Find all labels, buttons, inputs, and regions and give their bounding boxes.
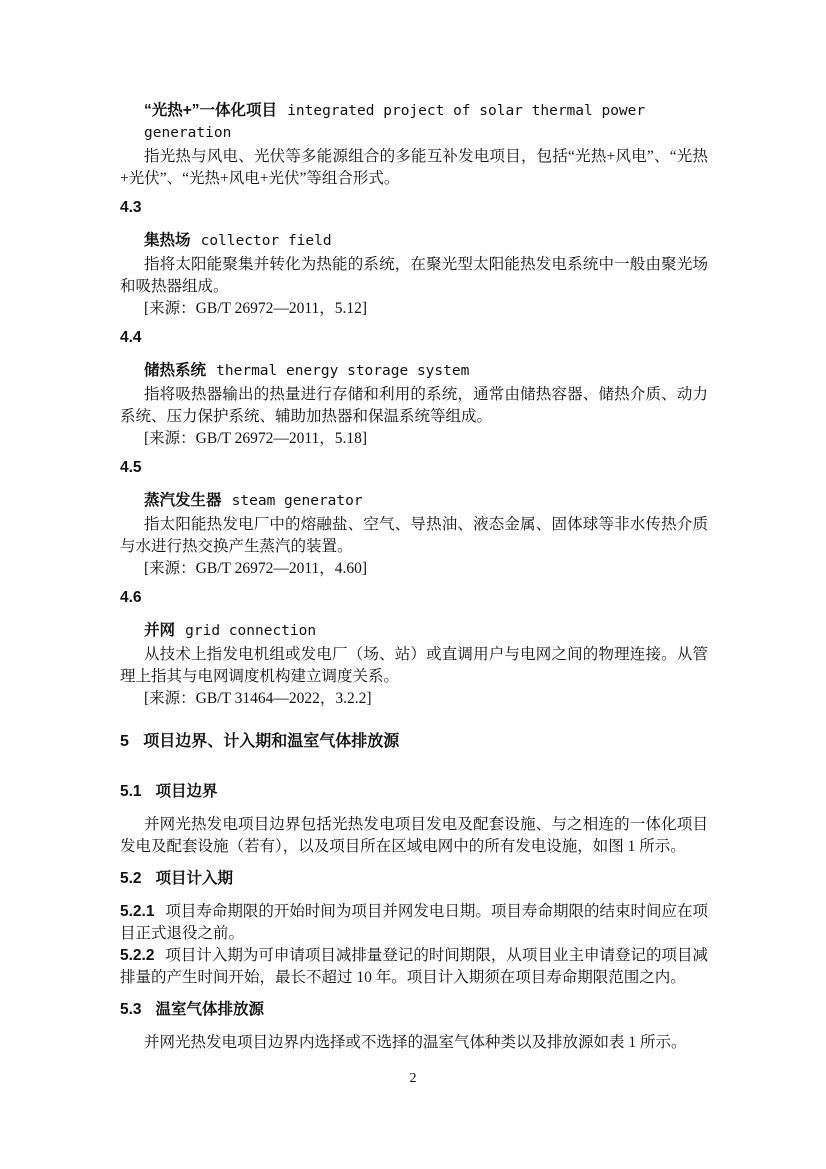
chapter-number: 5: [120, 733, 129, 750]
term-name-cn: “光热+”一体化项目: [144, 102, 277, 119]
clause-number: 4.4: [120, 327, 708, 349]
chapter-heading: 5项目边界、计入期和温室气体排放源: [120, 731, 708, 753]
term-heading: “光热+”一体化项目integrated project of solar th…: [120, 100, 708, 144]
term-entry: “光热+”一体化项目integrated project of solar th…: [120, 100, 708, 190]
term-name-en: grid connection: [185, 623, 316, 639]
clause-number: 4.5: [120, 457, 708, 479]
document-page: “光热+”一体化项目integrated project of solar th…: [0, 0, 826, 1169]
section-heading-5-1: 5.1项目边界: [120, 781, 708, 803]
source-reference: [来源：GB/T 26972—2011，5.12]: [120, 298, 708, 320]
term-definition: 从技术上指发电机组或发电厂（场、站）或直调用户与电网之间的物理连接。从管理上指其…: [120, 644, 708, 688]
clause-5-2-2: 5.2.2项目计入期为可申请项目减排量登记的时间期限，从项目业主申请登记的项目减…: [120, 945, 708, 989]
term-entry: 4.4 储热系统thermal energy storage system 指将…: [120, 327, 708, 450]
term-entry: 4.3 集热场collector field 指将太阳能聚集并转化为热能的系统，…: [120, 197, 708, 320]
section-body: 并网光热发电项目边界包括光热发电项目发电及配套设施、与之相连的一体化项目发电及配…: [120, 814, 708, 858]
section-body: 并网光热发电项目边界内选择或不选择的温室气体种类以及排放源如表 1 所示。: [120, 1032, 708, 1054]
chapter-title: 项目边界、计入期和温室气体排放源: [143, 733, 399, 750]
term-entry: 4.5 蒸汽发生器steam generator 指太阳能热发电厂中的熔融盐、空…: [120, 457, 708, 580]
source-reference: [来源：GB/T 31464—2022，3.2.2]: [120, 688, 708, 710]
section-number: 5.1: [120, 783, 142, 800]
term-heading: 集热场collector field: [120, 230, 708, 252]
term-definition: 指太阳能热发电厂中的熔融盐、空气、导热油、液态金属、固体球等非水传热介质与水进行…: [120, 514, 708, 558]
term-name-cn: 蒸汽发生器: [144, 492, 222, 509]
section-number: 5.2: [120, 870, 142, 887]
term-heading: 储热系统thermal energy storage system: [120, 360, 708, 382]
term-heading: 蒸汽发生器steam generator: [120, 490, 708, 512]
term-definition: 指光热与风电、光伏等多能源组合的多能互补发电项目，包括“光热+风电”、“光热+光…: [120, 146, 708, 190]
clause-text: 项目计入期为可申请项目减排量登记的时间期限，从项目业主申请登记的项目减排量的产生…: [120, 947, 708, 986]
clause-number: 4.3: [120, 197, 708, 219]
term-heading: 并网grid connection: [120, 620, 708, 642]
section-title: 温室气体排放源: [156, 1001, 265, 1018]
chapter-5: 5项目边界、计入期和温室气体排放源 5.1项目边界 并网光热发电项目边界包括光热…: [120, 731, 708, 1054]
clause-number: 5.2.1: [120, 903, 154, 920]
term-name-en: steam generator: [232, 493, 363, 509]
page-number: 2: [410, 1071, 417, 1086]
section-title: 项目边界: [156, 783, 218, 800]
term-definition: 指将吸热器输出的热量进行存储和利用的系统，通常由储热容器、储热介质、动力系统、压…: [120, 384, 708, 428]
term-name-en: thermal energy storage system: [216, 363, 469, 379]
source-reference: [来源：GB/T 26972—2011，5.18]: [120, 428, 708, 450]
section-title: 项目计入期: [156, 870, 234, 887]
section-number: 5.3: [120, 1001, 142, 1018]
clause-number: 5.2.2: [120, 947, 154, 964]
term-name-cn: 储热系统: [144, 362, 206, 379]
page-content: “光热+”一体化项目integrated project of solar th…: [120, 100, 708, 1054]
term-name-en: collector field: [201, 233, 332, 249]
page-footer: 2: [0, 1068, 826, 1090]
source-reference: [来源：GB/T 26972—2011，4.60]: [120, 558, 708, 580]
clause-number: 4.6: [120, 587, 708, 609]
term-entry: 4.6 并网grid connection 从技术上指发电机组或发电厂（场、站）…: [120, 587, 708, 710]
term-definition: 指将太阳能聚集并转化为热能的系统，在聚光型太阳能热发电系统中一般由聚光场和吸热器…: [120, 254, 708, 298]
section-heading-5-2: 5.2项目计入期: [120, 868, 708, 890]
term-name-cn: 集热场: [144, 232, 191, 249]
section-heading-5-3: 5.3温室气体排放源: [120, 999, 708, 1021]
clause-5-2-1: 5.2.1项目寿命期限的开始时间为项目并网发电日期。项目寿命期限的结束时间应在项…: [120, 901, 708, 945]
term-name-cn: 并网: [144, 622, 175, 639]
clause-text: 项目寿命期限的开始时间为项目并网发电日期。项目寿命期限的结束时间应在项目正式退役…: [120, 903, 708, 942]
